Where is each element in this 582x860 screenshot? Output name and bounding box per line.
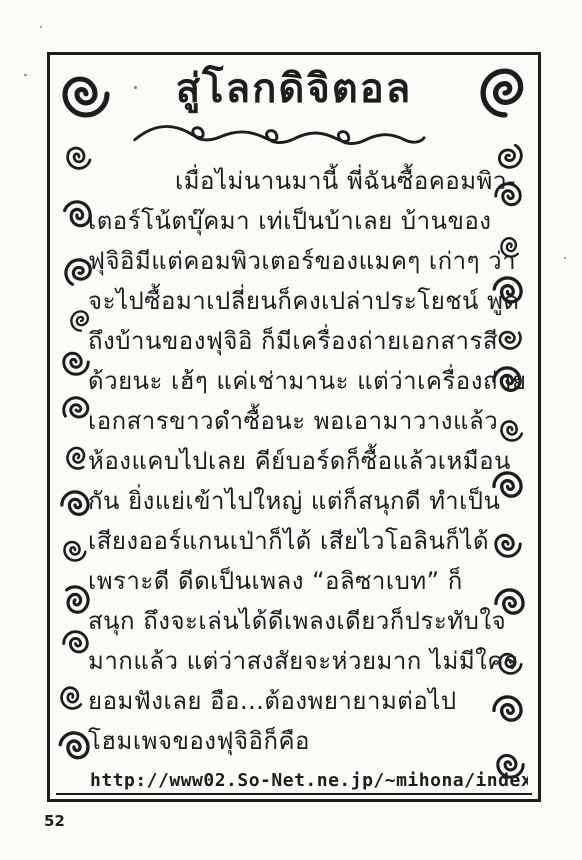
spiral-icon bbox=[494, 182, 522, 210]
page-title: สู่โลกดิจิตอล bbox=[50, 65, 538, 113]
spiral-icon bbox=[60, 490, 90, 520]
spiral-icon bbox=[494, 588, 525, 619]
text-line: เพราะดี ดีดเป็นเพลง “อลิซาเบท” ก็ bbox=[88, 561, 530, 601]
spiral-icon bbox=[490, 274, 526, 310]
loop-wave-divider bbox=[129, 113, 459, 153]
text-line: จะไปซื้อมาเปลี่ยนก็คงเปล่าประโยชน์ พูด bbox=[88, 281, 530, 321]
article-body: เมื่อไม่นานมานี้ พี่ฉันซื้อคอมพิว- เตอร์… bbox=[88, 161, 530, 761]
spiral-icon bbox=[55, 728, 92, 765]
spiral-icon bbox=[492, 366, 522, 396]
spiral-icon bbox=[496, 648, 525, 677]
text-line: ด้วยนะ เฮ้ๆ แค่เช่ามานะ แต่ว่าเครื่องถ่า… bbox=[88, 361, 530, 401]
spiral-icon bbox=[62, 348, 90, 376]
url-underline bbox=[56, 793, 532, 795]
text-line: ห้องแคบไปเลย คีย์บอร์ดก็ซื้อแล้วเหมือน bbox=[88, 441, 530, 481]
text-line: มากแล้ว แต่ว่าสงสัยจะห่วยมาก ไม่มีใคร bbox=[88, 641, 530, 681]
spiral-icon bbox=[492, 471, 523, 502]
text-line: เตอร์โน้ตบุ๊คมา เท่เป็นบ้าเลย บ้านของ bbox=[88, 201, 530, 241]
spiral-icon bbox=[62, 70, 110, 118]
page-number: 52 bbox=[44, 812, 65, 830]
text-line: กัน ยิ่งแย่เข้าไปใหญ่ แต่ก็สนุกดี ทำเป็น bbox=[88, 481, 530, 521]
spiral-icon bbox=[494, 530, 522, 558]
scan-speck bbox=[564, 257, 566, 259]
text-line: ฟุจิอิมีแต่คอมพิวเตอร์ของแมคๆ เก่าๆ ว่า bbox=[88, 241, 530, 281]
homepage-url: http://www02.So-Net.ne.jp/~mihona/index.… bbox=[90, 770, 528, 791]
text-line: โฮมเพจของฟุจิอิก็คือ bbox=[88, 721, 530, 761]
text-line: ยอมฟังเลย อือ...ต้องพยายามต่อไป bbox=[88, 681, 530, 721]
page-frame: สู่โลกดิจิตอล เมื่อไม่นานมานี้ พี่ฉันซื้… bbox=[47, 52, 541, 802]
scanned-book-page: { "page_meta": { "page_number": "52" }, … bbox=[0, 0, 582, 860]
spiral-icon bbox=[480, 68, 530, 118]
text-line: เอกสารขาวดำซื้อนะ พอเอามาวางแล้ว bbox=[88, 401, 530, 441]
text-line: เสียงออร์แกนเป่าก็ได้ เสียไวโอลินก็ได้ bbox=[88, 521, 530, 561]
scan-speck bbox=[134, 86, 137, 89]
text-line: ถึงบ้านของฟุจิอิ ก็มีเครื่องถ่ายเอกสารสี bbox=[88, 321, 530, 361]
spiral-icon bbox=[496, 750, 525, 779]
scan-speck bbox=[40, 26, 42, 28]
text-line: สนุก ถึงจะเล่นได้ดีเพลงเดียวก็ประทับใจ bbox=[88, 601, 530, 641]
text-line: เมื่อไม่นานมานี้ พี่ฉันซื้อคอมพิว- bbox=[88, 161, 530, 201]
spiral-icon bbox=[61, 536, 89, 564]
scan-speck bbox=[24, 74, 27, 76]
spiral-icon bbox=[62, 630, 89, 657]
spiral-icon bbox=[70, 310, 92, 332]
spiral-icon bbox=[492, 695, 523, 726]
